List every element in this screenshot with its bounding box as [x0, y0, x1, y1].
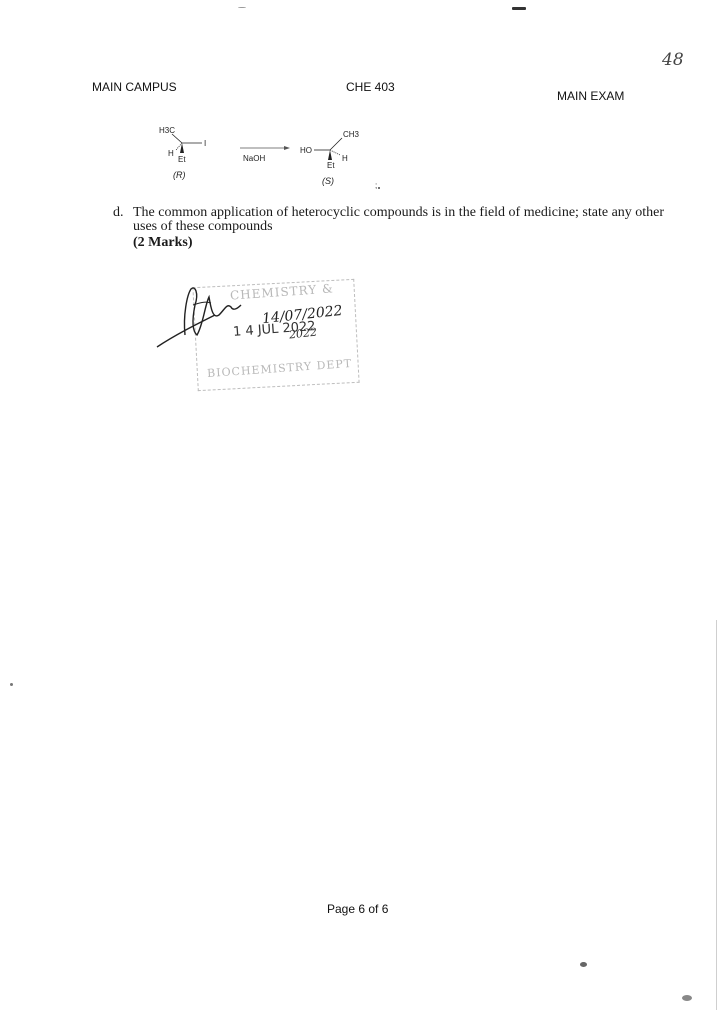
reactant-structure: H3C I H Et (R)	[159, 126, 206, 180]
scan-speck	[682, 995, 692, 1001]
svg-text:Et: Et	[178, 155, 186, 164]
handwritten-page-number: 48	[662, 50, 684, 70]
svg-text:H: H	[342, 154, 348, 163]
svg-text:H: H	[168, 149, 174, 158]
scan-speck	[512, 7, 526, 10]
svg-text:CH3: CH3	[343, 130, 360, 139]
scan-page-edge	[716, 620, 717, 1010]
scan-speck	[10, 683, 13, 686]
campus-label: MAIN CAMPUS	[92, 80, 177, 94]
question-text: The common application of heterocyclic c…	[133, 206, 673, 234]
scan-speck	[580, 962, 587, 967]
product-structure: CH3 HO H Et (S)	[300, 130, 360, 186]
svg-text:I: I	[204, 139, 206, 148]
svg-text:;: ;	[375, 181, 377, 190]
page-footer: Page 6 of 6	[327, 902, 388, 916]
svg-text:(S): (S)	[322, 176, 334, 186]
course-code: CHE 403	[346, 80, 395, 94]
exam-type: MAIN EXAM	[557, 89, 624, 103]
svg-text:(R): (R)	[173, 170, 186, 180]
svg-text:H3C: H3C	[159, 126, 175, 135]
signature	[155, 275, 255, 355]
svg-text:HO: HO	[300, 146, 312, 155]
question-letter: d.	[113, 206, 124, 220]
svg-text:NaOH: NaOH	[243, 154, 265, 163]
scan-speck	[238, 7, 246, 8]
reaction-scheme: H3C I H Et (R) NaOH CH3 HO H Et (S)	[150, 120, 390, 190]
reaction-diagram: H3C I H Et (R) NaOH CH3 HO H Et (S)	[150, 120, 390, 190]
department-stamp: CHEMISTRY & BIOCHEMISTRY DEPT 1 4 JUL 20…	[155, 275, 370, 395]
question-marks: (2 Marks)	[133, 236, 193, 250]
svg-text:Et: Et	[327, 161, 335, 170]
reaction-arrow: NaOH	[240, 146, 290, 163]
